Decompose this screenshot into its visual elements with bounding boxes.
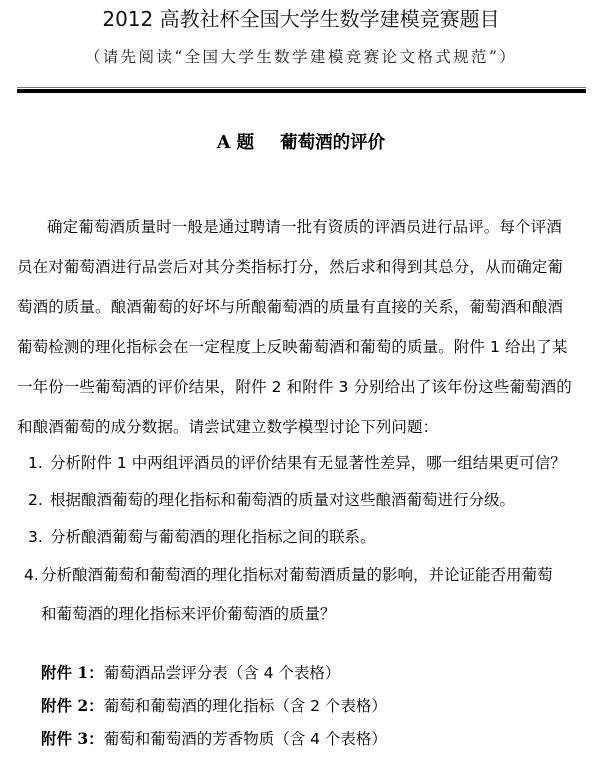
- intro-line: 确定葡萄酒质量时一般是通过聘请一批有资质的评酒员进行品评。每个评酒: [47, 217, 562, 237]
- question-item: 4.分析酿酒葡萄和葡萄酒的理化指标对葡萄酒质量的影响，并论证能否用葡萄: [24, 565, 553, 585]
- problem-label: A 题: [217, 133, 254, 153]
- question-number: 1.: [28, 453, 50, 473]
- attachment-label: 附件 2：: [41, 696, 104, 715]
- intro-line: 萄酒的质量。酿酒葡萄的好坏与所酿葡萄酒的质量有直接的关系，葡萄酒和酿酒: [17, 297, 563, 317]
- document-title: 2012 高教社杯全国大学生数学建模竞赛题目: [0, 6, 602, 32]
- question-text: 分析附件 1 中两组评酒员的评价结果有无显著性差异，哪一组结果更可信？: [50, 454, 566, 472]
- question-continuation: 和葡萄酒的理化指标来评价葡萄酒的质量？: [41, 604, 336, 624]
- problem-heading: A 题葡萄酒的评价: [0, 131, 602, 155]
- question-item: 1.分析附件 1 中两组评酒员的评价结果有无显著性差异，哪一组结果更可信？: [28, 453, 566, 473]
- attachment-text[interactable]: 葡萄酒品尝评分表（含 4 个表格）: [104, 664, 341, 682]
- header-rule-thick: [17, 89, 586, 93]
- attachment-text[interactable]: 葡萄和葡萄酒的芳香物质（含 4 个表格）: [104, 730, 387, 748]
- question-text: 分析酿酒葡萄和葡萄酒的理化指标对葡萄酒质量的影响，并论证能否用葡萄: [41, 566, 553, 584]
- intro-line: 员在对葡萄酒进行品尝后对其分类指标打分，然后求和得到其总分，从而确定葡: [17, 257, 563, 277]
- intro-line: 和酿酒葡萄的成分数据。请尝试建立数学模型讨论下列问题：: [17, 417, 438, 437]
- question-text: 分析酿酒葡萄与葡萄酒的理化指标之间的联系。: [50, 528, 376, 546]
- attachment-text[interactable]: 葡萄和葡萄酒的理化指标（含 2 个表格）: [104, 697, 387, 715]
- intro-line: 一年份一些葡萄酒的评价结果，附件 2 和附件 3 分别给出了该年份这些葡萄酒的: [17, 377, 572, 397]
- attachment-item: 附件 2：葡萄和葡萄酒的理化指标（含 2 个表格）: [41, 696, 387, 716]
- question-text: 根据酿酒葡萄的理化指标和葡萄酒的质量对这些酿酒葡萄进行分级。: [50, 491, 515, 509]
- document-subtitle: （请先阅读“全国大学生数学建模竞赛论文格式规范”）: [0, 46, 602, 68]
- question-item: 3.分析酿酒葡萄与葡萄酒的理化指标之间的联系。: [28, 527, 376, 547]
- question-number: 4.: [24, 565, 41, 585]
- attachment-label: 附件 1：: [41, 663, 104, 682]
- attachment-label: 附件 3：: [41, 729, 104, 748]
- question-item: 2.根据酿酒葡萄的理化指标和葡萄酒的质量对这些酿酒葡萄进行分级。: [28, 490, 515, 510]
- intro-line: 葡萄检测的理化指标会在一定程度上反映葡萄酒和葡萄的质量。附件 1 给出了某: [17, 337, 567, 357]
- attachment-item: 附件 1：葡萄酒品尝评分表（含 4 个表格）: [41, 663, 340, 683]
- question-number: 2.: [28, 490, 50, 510]
- header-rule-thin: [17, 87, 586, 88]
- attachment-item: 附件 3：葡萄和葡萄酒的芳香物质（含 4 个表格）: [41, 729, 387, 749]
- question-number: 3.: [28, 527, 50, 547]
- problem-name: 葡萄酒的评价: [280, 133, 385, 153]
